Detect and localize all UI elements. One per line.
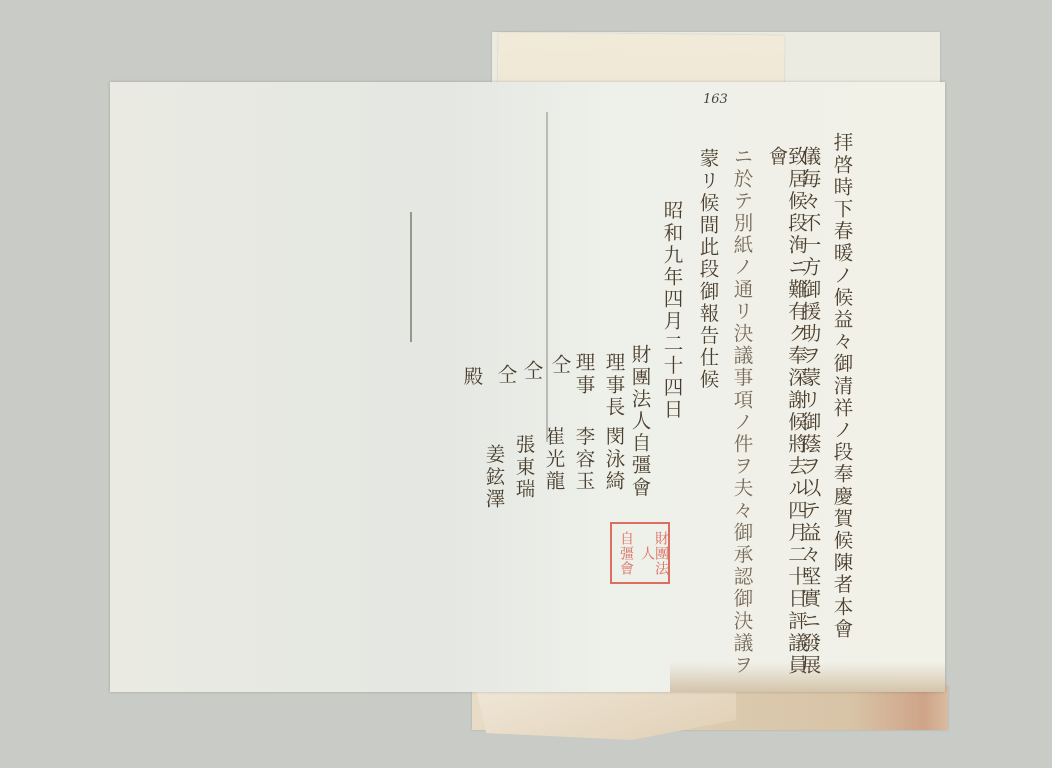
page-number: 163 xyxy=(703,92,728,107)
organization-name: 財團法人自彊會 xyxy=(630,344,650,499)
signatory-name: 崔光龍 xyxy=(544,426,564,492)
signatory-name: 閔泳綺 xyxy=(604,426,624,492)
crease-mark xyxy=(410,212,412,342)
seal-text-right: 財團法人 xyxy=(640,524,668,582)
date: 昭和九年四月二十四日 xyxy=(662,200,682,421)
signatory-name: 張東瑞 xyxy=(514,434,534,500)
letter-sheet: 163 拝啓時下春暖ノ候益々御清祥ノ段奉慶賀候陳者本會 儀毎々不一方御援助ヲ蒙リ… xyxy=(110,82,945,692)
body-column-5: 蒙リ候間此段御報告仕候 xyxy=(698,148,718,391)
bottom-paper-fold xyxy=(476,690,736,740)
seal-text-left: 自彊會 xyxy=(619,531,633,576)
honorific-dono: 殿 xyxy=(462,366,482,388)
body-column-4: ニ於テ別紙ノ通リ決議事項ノ件ヲ夫々御承認御決議ヲ xyxy=(732,146,752,676)
signatory-title: 理事 xyxy=(574,352,594,396)
signatory-title: 理事長 xyxy=(604,352,624,418)
crease-mark xyxy=(546,112,548,442)
body-column-1: 拝啓時下春暖ノ候益々御清祥ノ段奉慶賀候陳者本會 xyxy=(832,132,852,640)
ditto-mark: 仝 xyxy=(522,360,542,382)
red-seal-stamp: 自彊會 財團法人 xyxy=(610,522,670,584)
body-column-3: 致居候段洵ニ難有ク奉深謝候將去ル四月二十日評議員會 xyxy=(767,146,806,692)
ditto-mark: 仝 xyxy=(496,364,516,386)
signatory-name: 姜鉉澤 xyxy=(484,444,504,510)
ditto-mark: 仝 xyxy=(550,354,570,376)
signatory-name: 李容玉 xyxy=(574,426,594,492)
